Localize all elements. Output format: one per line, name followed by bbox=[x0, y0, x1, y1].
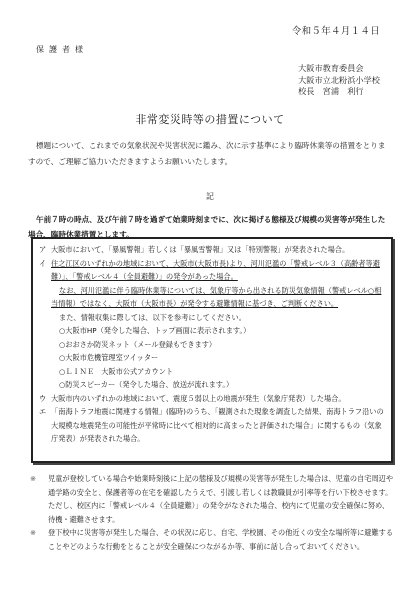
item-text: 住之江区のいずれかの地域において、大阪市(大阪市長)より、河川氾濫の「警戒レベル… bbox=[51, 257, 385, 284]
item-mark: エ bbox=[39, 405, 51, 446]
sender-line: 大阪市教育委員会 bbox=[298, 63, 380, 75]
document-title: 非常変災時等の措置について bbox=[0, 111, 420, 127]
info-source: ○ＬＩＮＥ 大阪市公式アカウント bbox=[39, 365, 385, 379]
info-source: ○おおさか防災ネット（メール登録もできます） bbox=[39, 338, 385, 352]
flood-note: なお、河川氾濫に伴う臨時休業等については、気象庁等から出される防災気象情報（警戒… bbox=[39, 284, 385, 311]
item-mark: ウ bbox=[39, 392, 51, 406]
addressee: 保護者様 bbox=[36, 44, 88, 55]
intro-paragraph: 標題について、これまでの気象状況や災害状況に鑑み、次に示す基準により臨時休業等の… bbox=[28, 138, 392, 170]
document-date: 令和５年４月１４日 bbox=[292, 23, 380, 37]
info-source: ○大阪市HP（発令した場合、トップ画面に表示されます。） bbox=[39, 324, 385, 338]
criteria-item-u: ウ 大阪市内のいずれかの地域において、震度５弱以上の地震が発生（気象庁発表）した… bbox=[39, 392, 385, 406]
item-text: 大阪市内のいずれかの地域において、震度５弱以上の地震が発生（気象庁発表）した場合… bbox=[51, 392, 385, 406]
criteria-item-a: ア 大阪市において、「暴風警報」若しくは「暴風雪警報」又は「特別警報」が発表され… bbox=[39, 243, 385, 257]
info-source: ○防災スピーカー（発令した場合、放送が流れます。） bbox=[39, 378, 385, 392]
note-mark: ※ bbox=[30, 472, 48, 526]
ki-heading: 記 bbox=[0, 191, 420, 202]
info-intro: また、情報収集に際しては、以下を参考にしてください。 bbox=[39, 311, 385, 325]
sender-block: 大阪市教育委員会 大阪市立北粉浜小学校 校長 宮浦 利行 bbox=[298, 63, 380, 98]
note-mark: ※ bbox=[30, 526, 48, 553]
criteria-box: ア 大阪市において、「暴風警報」若しくは「暴風雪警報」又は「特別警報」が発表され… bbox=[31, 237, 393, 463]
notes-section: ※ 児童が登校している場合や始業時刻後に上記の態様及び規模の災害等が発生した場合… bbox=[30, 472, 394, 553]
note-item: ※ 登下校中に災害等が発生した場合、その状況に応じ、自宅、学校園、その他近くの安… bbox=[30, 526, 394, 553]
item-mark: ア bbox=[39, 243, 51, 257]
item-text: 大阪市において、「暴風警報」若しくは「暴風雪警報」又は「特別警報」が発表された場… bbox=[51, 243, 385, 257]
note-item: ※ 児童が登校している場合や始業時刻後に上記の態様及び規模の災害等が発生した場合… bbox=[30, 472, 394, 526]
sender-line: 校長 宮浦 利行 bbox=[298, 86, 380, 98]
item-text: 「南海トラフ地震に関連する情報」(臨時)のうち、「観測された現象を調査した結果、… bbox=[51, 405, 385, 446]
item-mark: イ bbox=[39, 257, 51, 284]
note-text: 児童が登校している場合や始業時刻後に上記の態様及び規模の災害等が発生した場合は、… bbox=[48, 472, 394, 526]
criteria-item-e: エ 「南海トラフ地震に関連する情報」(臨時)のうち、「観測された現象を調査した結… bbox=[39, 405, 385, 446]
info-source: ○大阪市危機管理室ツイッター bbox=[39, 351, 385, 365]
criteria-item-i: イ 住之江区のいずれかの地域において、大阪市(大阪市長)より、河川氾濫の「警戒レ… bbox=[39, 257, 385, 284]
sender-line: 大阪市立北粉浜小学校 bbox=[298, 75, 380, 87]
note-text: 登下校中に災害等が発生した場合、その状況に応じ、自宅、学校園、その他近くの安全な… bbox=[48, 526, 394, 553]
